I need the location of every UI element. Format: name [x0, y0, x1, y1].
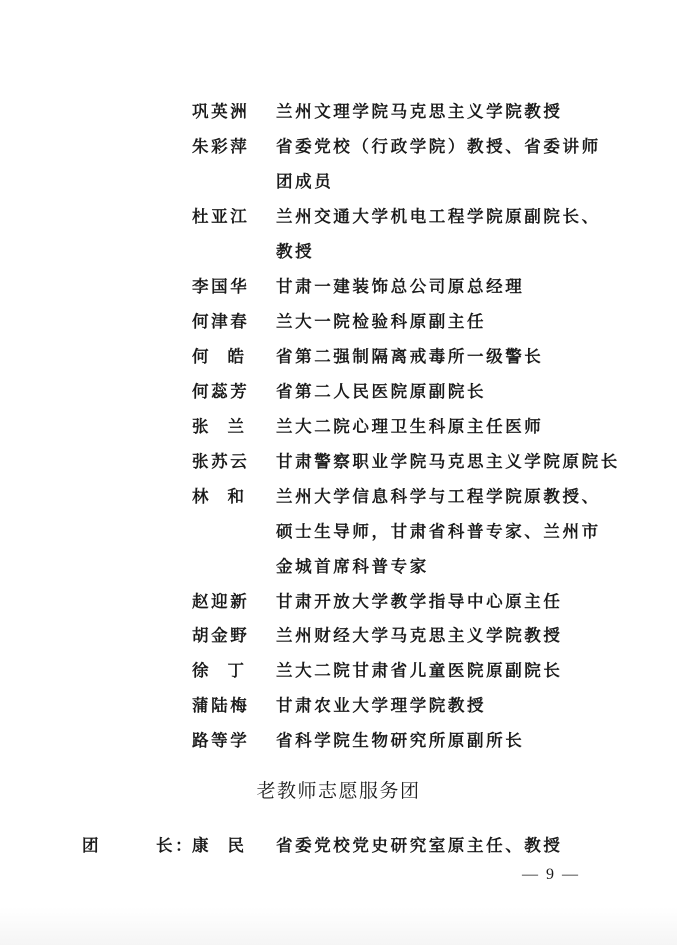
member-title: 兰州大学信息科学与工程学院原教授、	[276, 483, 601, 507]
member-title: 兰大一院检验科原副主任	[276, 308, 486, 332]
member-title: 甘肃一建装饰总公司原总经理	[276, 273, 524, 297]
member-name: 蒲陆梅	[192, 692, 262, 716]
name-char: 兰	[228, 413, 245, 437]
member-title: 省科学院生物研究所原副所长	[276, 727, 524, 751]
member-title: 硕士生导师，甘肃省科普专家、兰州市	[276, 518, 601, 542]
member-title: 教授	[276, 238, 314, 262]
member-name: 何蕊芳	[192, 378, 262, 402]
section-heading: 老教师志愿服务团	[0, 776, 677, 803]
name-char: 徐	[192, 657, 209, 681]
member-title: 金城首席科普专家	[276, 553, 429, 577]
member-title: 兰大二院心理卫生科原主任医师	[276, 413, 543, 437]
member-title: 兰州财经大学马克思主义学院教授	[276, 622, 563, 646]
name-char: 民	[228, 832, 245, 856]
member-title: 甘肃警察职业学院马克思主义学院原院长	[276, 448, 620, 472]
name-char: 丁	[228, 657, 245, 681]
member-title: 省委党校（行政学院）教授、省委讲师	[276, 133, 601, 157]
member-name: 徐 丁	[192, 657, 244, 681]
name-char: 何	[192, 343, 209, 367]
member-name: 路等学	[192, 727, 262, 751]
member-name: 张苏云	[192, 448, 262, 472]
member-title: 兰州交通大学机电工程学院原副院长、	[276, 203, 601, 227]
member-title: 省第二强制隔离戒毒所一级警长	[276, 343, 543, 367]
member-name: 巩英洲	[192, 98, 262, 122]
member-title: 兰州文理学院马克思主义学院教授	[276, 98, 563, 122]
page-number: — 9 —	[522, 866, 580, 884]
member-name: 何津春	[192, 308, 262, 332]
member-name: 胡金野	[192, 622, 262, 646]
member-title: 省第二人民医院原副院长	[276, 378, 486, 402]
member-title: 团成员	[276, 168, 333, 192]
member-name: 何 皓	[192, 343, 244, 367]
document-page: 巩英洲 兰州文理学院马克思主义学院教授 朱彩萍 省委党校（行政学院）教授、省委讲…	[0, 0, 677, 945]
name-char: 林	[192, 483, 209, 507]
name-char: 皓	[228, 343, 245, 367]
member-name: 林 和	[192, 483, 244, 507]
name-char: 和	[228, 483, 245, 507]
member-title: 甘肃开放大学教学指导中心原主任	[276, 588, 563, 612]
leader-title: 省委党校党史研究室原主任、教授	[276, 832, 563, 856]
leader-role-char: 团	[82, 832, 101, 856]
member-name: 李国华	[192, 273, 262, 297]
leader-role-char: 长：	[156, 832, 194, 856]
member-title: 兰大二院甘肃省儿童医院原副院长	[276, 657, 563, 681]
member-name: 杜亚江	[192, 203, 262, 227]
member-name: 赵迎新	[192, 588, 262, 612]
member-title: 甘肃农业大学理学院教授	[276, 692, 486, 716]
member-name: 张 兰	[192, 413, 244, 437]
leader-name: 康 民	[192, 832, 244, 856]
name-char: 张	[192, 413, 209, 437]
name-char: 康	[192, 832, 209, 856]
member-name: 朱彩萍	[192, 133, 262, 157]
